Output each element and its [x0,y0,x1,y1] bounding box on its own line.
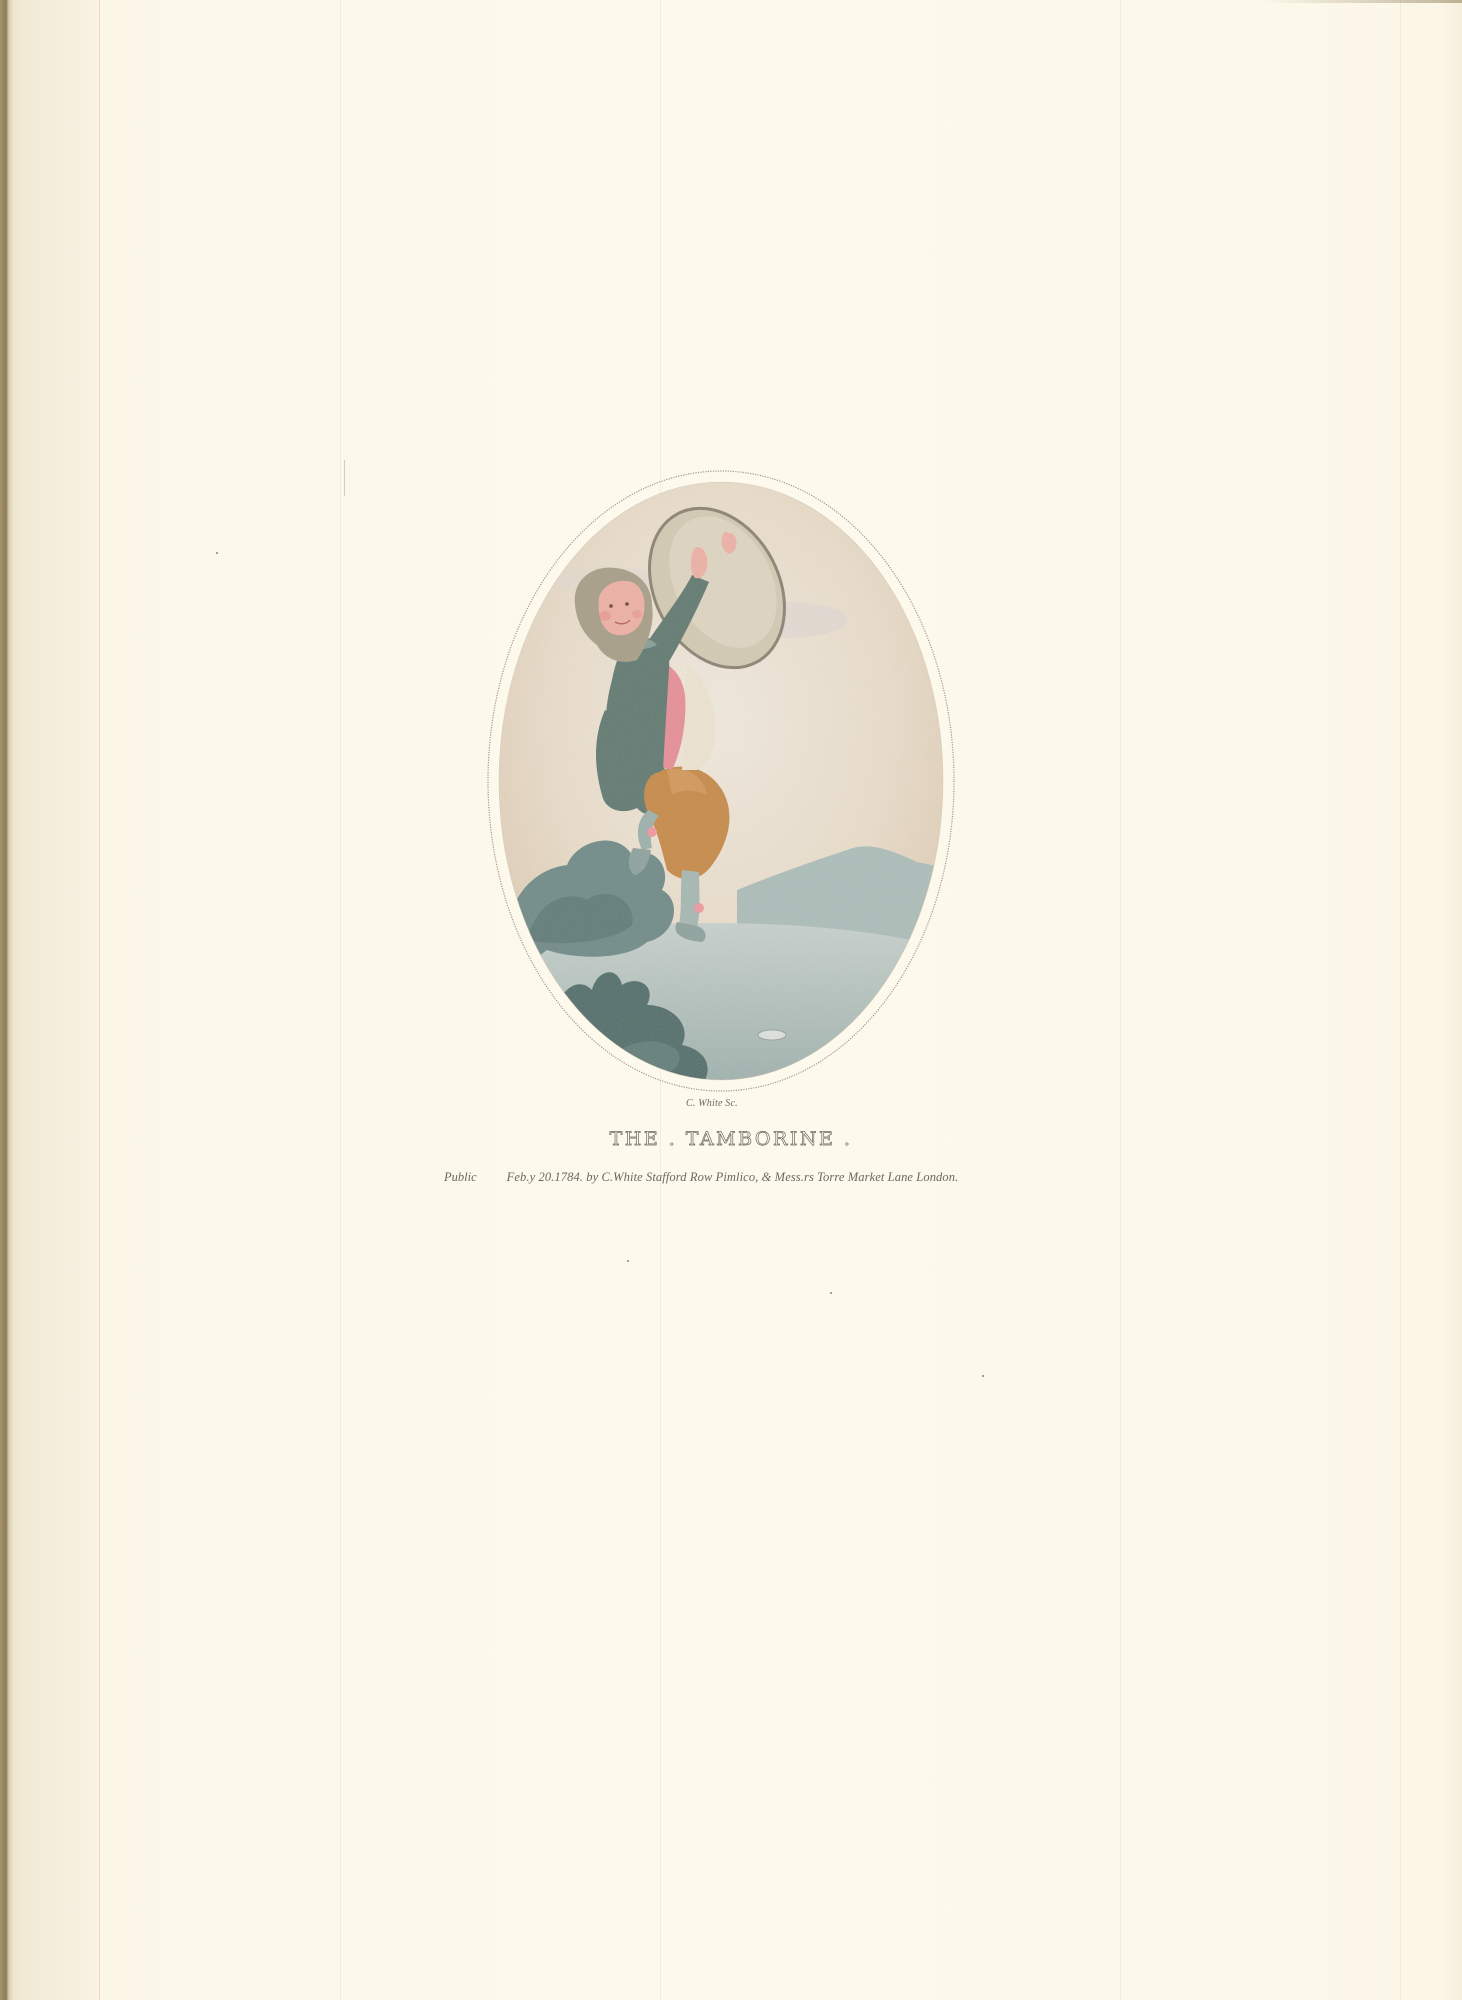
publication-line: Public Feb.y 20.1784. by C.White Staffor… [444,1170,1004,1185]
plate-title: THE . TAMBORINE . [0,1128,1462,1150]
paper-speck [982,1375,984,1377]
engraver-signature: C. White Sc. [686,1098,738,1109]
paper-fold-line [340,0,341,2000]
publication-details: Feb.y 20.1784. by C.White Stafford Row P… [507,1170,959,1185]
paper-speck [216,552,218,554]
paper-speck [830,1292,832,1294]
engraving-plate [487,470,955,1092]
page-edge-shadow [1262,0,1462,3]
paper-speck [627,1260,629,1262]
engraving-image [487,470,955,1092]
paper-fold-line [1400,0,1401,2000]
paper-fold-line [1120,0,1121,2000]
paper-mark [344,460,345,496]
publication-prefix: Public [444,1170,477,1185]
margin-rule [99,0,100,2000]
